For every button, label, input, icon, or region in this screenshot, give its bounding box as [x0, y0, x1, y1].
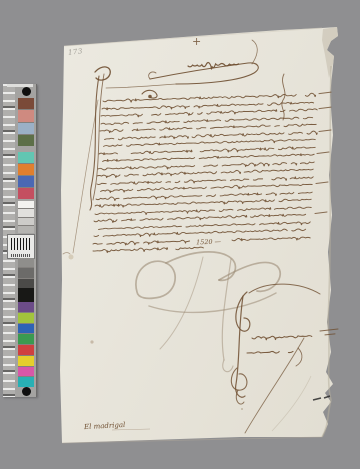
color-patch	[18, 110, 34, 121]
color-patch	[18, 123, 34, 134]
color-patch	[18, 313, 34, 323]
color-patch-group-top	[18, 98, 34, 146]
barcode-icon	[11, 238, 31, 250]
color-patch	[18, 279, 34, 288]
barcode-label	[7, 234, 35, 259]
barcode-digits	[11, 254, 31, 257]
color-patch	[18, 268, 34, 277]
pencil-folio-number: 173	[68, 47, 84, 57]
color-patch	[18, 345, 34, 355]
color-patch	[18, 377, 34, 387]
color-patch	[18, 152, 34, 163]
invocation-cross: +	[192, 35, 201, 48]
color-patch	[18, 356, 34, 366]
color-patch	[18, 302, 34, 312]
color-patch	[18, 218, 34, 225]
color-patch-group-mid	[18, 152, 34, 199]
color-patch	[18, 367, 34, 377]
registration-dot-top	[22, 87, 31, 96]
registration-dot-bottom	[22, 387, 31, 396]
color-patch	[18, 201, 34, 208]
color-patch	[18, 135, 34, 146]
color-patch	[18, 324, 34, 334]
archival-photo: 173 + 1520 — El madrigal	[0, 0, 360, 469]
color-patch	[18, 226, 34, 233]
color-patch	[18, 209, 34, 216]
color-patch-group-bottom	[18, 302, 34, 387]
color-patch	[18, 258, 34, 267]
color-patch	[18, 98, 34, 109]
date-fragment: 1520 —	[196, 238, 221, 247]
manuscript-page	[0, 0, 360, 469]
color-patch	[18, 334, 34, 344]
grayscale-dark-steps	[18, 258, 34, 288]
color-patch	[18, 188, 34, 199]
color-calibration-strip	[3, 84, 37, 397]
color-patch	[18, 164, 34, 175]
black-patch	[18, 288, 34, 302]
color-patch	[18, 176, 34, 187]
strip-top-label	[7, 84, 33, 87]
grayscale-light-steps	[18, 201, 34, 233]
